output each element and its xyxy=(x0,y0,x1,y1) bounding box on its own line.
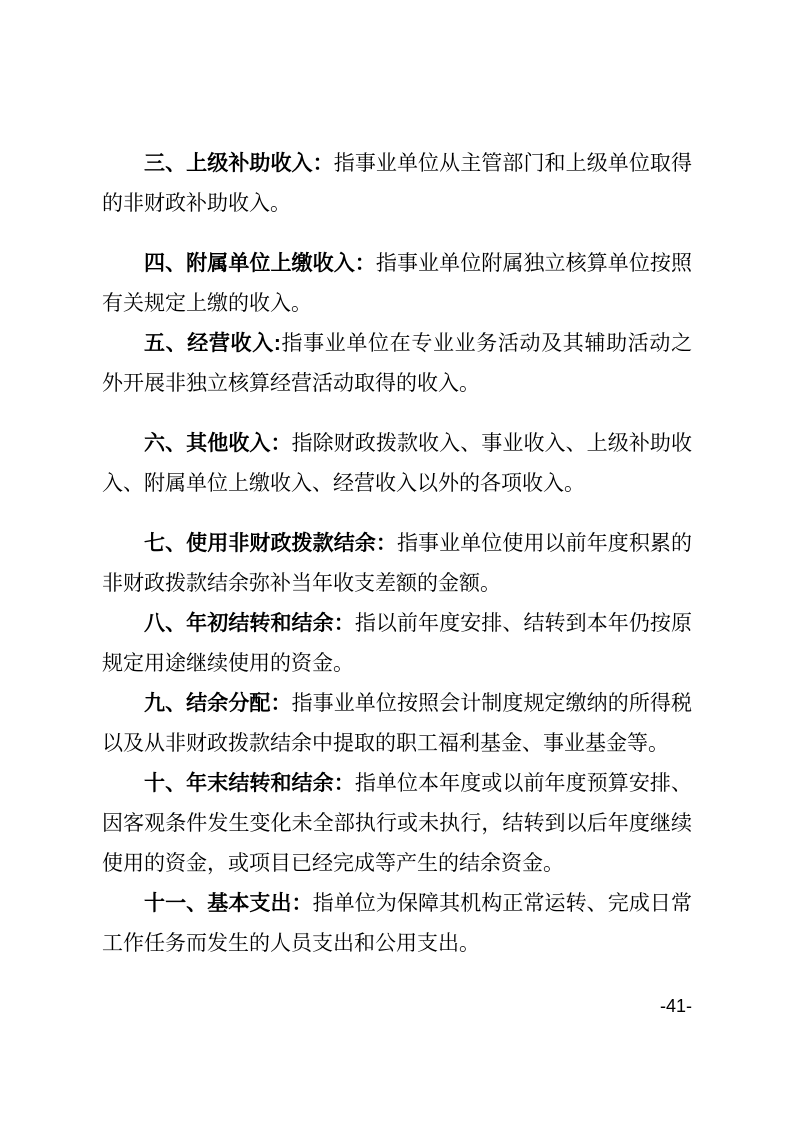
definition-paragraph: 四、附属单位上缴收入：指事业单位附属独立核算单位按照有关规定上缴的收入。 xyxy=(102,244,692,324)
definition-term: 三、上级补助收入： xyxy=(144,152,334,175)
definition-paragraph: 十、年末结转和结余：指单位本年度或以前年度预算安排、因客观条件发生变化未全部执行… xyxy=(102,764,692,884)
definition-paragraph: 七、使用非财政拨款结余：指事业单位使用以前年度积累的非财政拨款结余弥补当年收支差… xyxy=(102,524,692,604)
definition-paragraph: 八、年初结转和结余：指以前年度安排、结转到本年仍按原规定用途继续使用的资金。 xyxy=(102,604,692,684)
definition-paragraph: 六、其他收入：指除财政拨款收入、事业收入、上级补助收入、附属单位上缴收入、经营收… xyxy=(102,424,692,504)
definition-paragraph: 五、经营收入:指事业单位在专业业务活动及其辅助活动之外开展非独立核算经营活动取得… xyxy=(102,324,692,404)
definition-term: 九、结余分配： xyxy=(144,692,292,715)
definitions-list: 三、上级补助收入：指事业单位从主管部门和上级单位取得的非财政补助收入。 四、附属… xyxy=(102,144,692,964)
definition-term: 十、年末结转和结余： xyxy=(144,772,355,795)
definition-paragraph: 三、上级补助收入：指事业单位从主管部门和上级单位取得的非财政补助收入。 xyxy=(102,144,692,224)
definition-term: 十一、基本支出： xyxy=(144,892,313,915)
definition-term: 四、附属单位上缴收入： xyxy=(144,252,376,275)
definition-term: 七、使用非财政拨款结余： xyxy=(144,532,397,555)
definition-term: 八、年初结转和结余： xyxy=(144,612,355,635)
page-number: -41- xyxy=(102,994,692,1018)
document-page: 三、上级补助收入：指事业单位从主管部门和上级单位取得的非财政补助收入。 四、附属… xyxy=(0,0,793,1122)
definition-term: 五、经营收入: xyxy=(144,332,281,355)
definition-term: 六、其他收入： xyxy=(144,432,292,455)
definition-paragraph: 九、结余分配：指事业单位按照会计制度规定缴纳的所得税以及从非财政拨款结余中提取的… xyxy=(102,684,692,764)
definition-paragraph: 十一、基本支出：指单位为保障其机构正常运转、完成日常工作任务而发生的人员支出和公… xyxy=(102,884,692,964)
